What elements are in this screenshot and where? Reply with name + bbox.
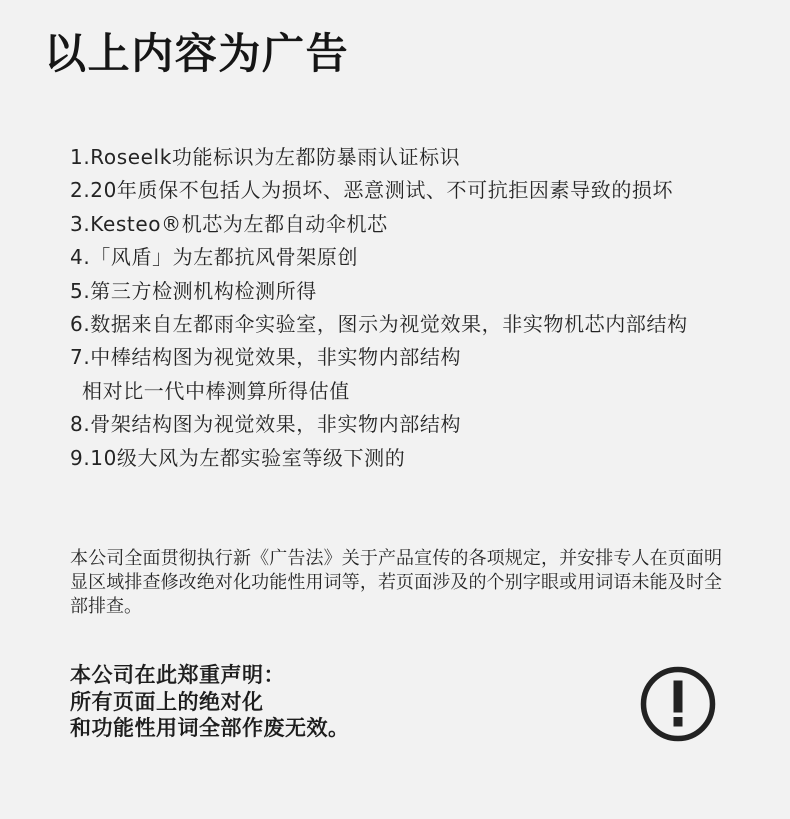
declaration-line: 和功能性用词全部作废无效。 [70, 715, 350, 742]
declaration-line: 本公司在此郑重声明： [70, 662, 350, 689]
exclamation-circle-icon [638, 664, 718, 744]
disclaimer-note-line: 7.中棒结构图为视觉效果，非实物内部结构 [70, 341, 688, 374]
disclaimer-notes: 1.Roseelk功能标识为左都防暴雨认证标识2.20年质保不包括人为损坏、恶意… [70, 141, 688, 475]
declaration-text: 本公司在此郑重声明：所有页面上的绝对化和功能性用词全部作废无效。 [70, 662, 350, 742]
disclaimer-note-line: 9.10级大风为左都实验室等级下测的 [70, 442, 688, 475]
disclaimer-note-line: 相对比一代中棒测算所得估值 [70, 375, 688, 408]
ad-disclaimer-page: 以上内容为广告 1.Roseelk功能标识为左都防暴雨认证标识2.20年质保不包… [0, 0, 790, 819]
disclaimer-note-line: 4.「风盾」为左都抗风骨架原创 [70, 241, 688, 274]
compliance-paragraph: 本公司全面贯彻执行新《广告法》关于产品宣传的各项规定，并安排专人在页面明显区域排… [70, 547, 722, 620]
disclaimer-note-line: 1.Roseelk功能标识为左都防暴雨认证标识 [70, 141, 688, 174]
page-title: 以上内容为广告 [44, 33, 349, 75]
disclaimer-note-line: 6.数据来自左都雨伞实验室，图示为视觉效果，非实物机芯内部结构 [70, 308, 688, 341]
declaration-line: 所有页面上的绝对化 [70, 689, 350, 716]
disclaimer-note-line: 5.第三方检测机构检测所得 [70, 275, 688, 308]
disclaimer-note-line: 8.骨架结构图为视觉效果，非实物内部结构 [70, 408, 688, 441]
disclaimer-note-line: 2.20年质保不包括人为损坏、恶意测试、不可抗拒因素导致的损坏 [70, 174, 688, 207]
disclaimer-note-line: 3.Kesteo®机芯为左都自动伞机芯 [70, 208, 688, 241]
